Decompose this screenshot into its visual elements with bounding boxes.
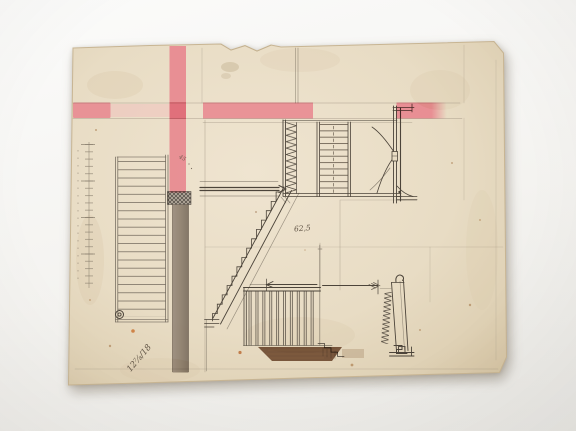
tread-lines: [320, 124, 348, 194]
ink-speck: [188, 163, 189, 164]
stair-flight-plan-left: [116, 155, 169, 322]
red-wash-crossing: [170, 102, 187, 119]
freckle: [255, 211, 257, 213]
red-wash-band-pale: [111, 104, 170, 117]
freckle: [479, 219, 481, 221]
stain: [87, 71, 143, 99]
baluster-bars: [248, 292, 317, 346]
annotation-dimension: 62,5: [294, 223, 312, 233]
red-wash-band-vertical: [170, 46, 187, 193]
freckle: [351, 364, 354, 367]
paper-sheet: 62,5 12⅞/18 45: [69, 42, 507, 386]
ink-speck: [191, 168, 192, 169]
freckle: [469, 304, 471, 306]
wall-section-band: [173, 205, 189, 373]
ladder-rungs: [118, 161, 166, 317]
smudge: [221, 73, 231, 79]
stain: [466, 190, 498, 310]
freckle: [238, 351, 241, 354]
freckle: [89, 299, 91, 301]
freckle: [131, 329, 135, 333]
red-wash-band-middle: [203, 103, 313, 119]
smudge: [221, 62, 239, 72]
freckle: [419, 329, 421, 331]
freckle: [109, 345, 111, 347]
crosshatch-block: [168, 192, 192, 205]
winder-sawtooth: [286, 123, 297, 194]
red-wash-band-left: [73, 103, 111, 119]
freckle: [95, 129, 97, 131]
red-wash-band-right: [397, 103, 447, 119]
freckle: [451, 162, 453, 164]
plan-dot: [398, 191, 400, 193]
photo-stage: 62,5 12⅞/18 45: [0, 0, 576, 431]
drawing-photo: 62,5 12⅞/18 45: [0, 0, 576, 431]
base-tail: [342, 349, 364, 358]
stain: [260, 48, 340, 72]
freckle: [304, 249, 306, 251]
scale-ticks-long: [81, 144, 95, 290]
